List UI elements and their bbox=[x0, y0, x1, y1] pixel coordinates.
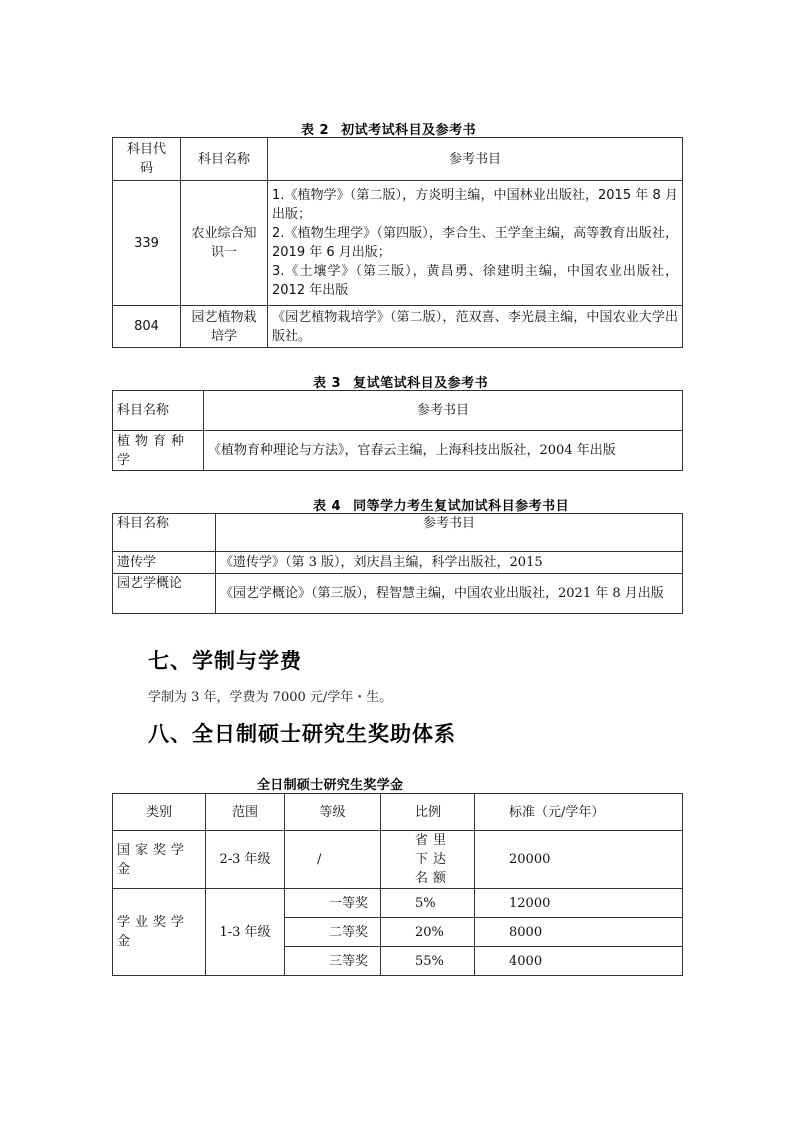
table3-caption-number: 表 3 bbox=[313, 376, 341, 391]
reference-books: 1.《植物学》（第二版），方炎明主编，中国林业出版社，2015 年 8 月出版；… bbox=[268, 181, 683, 306]
scholarship-caption: 全日制硕士研究生奖学金 bbox=[257, 774, 403, 793]
table2-caption-title: 初试考试科目及参考书 bbox=[341, 123, 476, 138]
table4-equivalent-subjects: 科目名称 参考书目 遗传学 《遗传学》（第 3 版），刘庆昌主编，科学出版社，2… bbox=[112, 513, 683, 614]
header-category: 类别 bbox=[113, 794, 206, 831]
ratio: 5% bbox=[381, 889, 475, 918]
subject-name: 遗传学 bbox=[113, 552, 216, 574]
level: 一等奖 bbox=[285, 889, 381, 918]
scholarship-header-row: 类别 范围 等级 比例 标准（元/学年） bbox=[113, 794, 683, 831]
amount: 4000 bbox=[475, 947, 683, 976]
section7-heading: 七、学制与学费 bbox=[148, 645, 302, 675]
table3-caption-title: 复试笔试科目及参考书 bbox=[353, 376, 488, 391]
table-row: 植物育种学 《植物育种理论与方法》，官春云主编，上海科技出版社，2004 年出版 bbox=[113, 431, 683, 471]
subject-name: 园艺植物栽培学 bbox=[181, 306, 268, 348]
reference-books: 《园艺植物栽培学》（第二版），范双喜、李光晨主编，中国农业大学出版社。 bbox=[268, 306, 683, 348]
tuition-text: 学制为 3 年，学费为 7000 元/学年・生。 bbox=[148, 686, 392, 705]
subject-name: 植物育种学 bbox=[113, 431, 204, 471]
header-level: 等级 bbox=[285, 794, 381, 831]
subject-code: 804 bbox=[113, 306, 181, 348]
header-reference-books: 参考书目 bbox=[204, 391, 683, 431]
reference-book-item: 3.《土壤学》（第三版），黄昌勇、徐建明主编，中国农业出版社，2012 年出版 bbox=[272, 262, 678, 300]
reference-book-item: 1.《植物学》（第二版），方炎明主编，中国林业出版社，2015 年 8 月出版； bbox=[272, 186, 678, 224]
header-amount: 标准（元/学年） bbox=[475, 794, 683, 831]
category-national: 国家奖学金 bbox=[113, 831, 206, 889]
range: 2-3 年级 bbox=[206, 831, 285, 889]
amount: 12000 bbox=[475, 889, 683, 918]
section8-heading: 八、全日制硕士研究生奖助体系 bbox=[148, 718, 456, 748]
table-row: 学业奖学金 1-3 年级 一等奖 5% 12000 bbox=[113, 889, 683, 918]
reference-book: 《植物育种理论与方法》，官春云主编，上海科技出版社，2004 年出版 bbox=[204, 431, 683, 471]
header-reference-books: 参考书目 bbox=[216, 514, 683, 552]
table3-retest-subjects: 科目名称 参考书目 植物育种学 《植物育种理论与方法》，官春云主编，上海科技出版… bbox=[112, 390, 683, 471]
level: / bbox=[285, 831, 381, 889]
table-row: 遗传学 《遗传学》（第 3 版），刘庆昌主编，科学出版社，2015 bbox=[113, 552, 683, 574]
table-row: 339 农业综合知识一 1.《植物学》（第二版），方炎明主编，中国林业出版社，2… bbox=[113, 181, 683, 306]
table3-header-row: 科目名称 参考书目 bbox=[113, 391, 683, 431]
range: 1-3 年级 bbox=[206, 889, 285, 976]
header-ratio: 比例 bbox=[381, 794, 475, 831]
table3-caption: 表 3复试笔试科目及参考书 bbox=[313, 372, 488, 391]
ratio: 省里下达名额 bbox=[381, 831, 475, 889]
table2-header-row: 科目代码 科目名称 参考书目 bbox=[113, 138, 683, 181]
table-row: 国家奖学金 2-3 年级 / 省里下达名额 20000 bbox=[113, 831, 683, 889]
category-academic: 学业奖学金 bbox=[113, 889, 206, 976]
table4-caption-number: 表 4 bbox=[313, 499, 341, 514]
table-row: 园艺学概论 《园艺学概论》（第三版），程智慧主编，中国农业出版社，2021 年 … bbox=[113, 574, 683, 614]
header-range: 范围 bbox=[206, 794, 285, 831]
ratio: 20% bbox=[381, 918, 475, 947]
table-row: 804 园艺植物栽培学 《园艺植物栽培学》（第二版），范双喜、李光晨主编，中国农… bbox=[113, 306, 683, 348]
table4-caption-title: 同等学力考生复试加试科目参考书目 bbox=[353, 499, 569, 514]
table2-caption: 表 2初试考试科目及参考书 bbox=[301, 119, 476, 138]
amount: 8000 bbox=[475, 918, 683, 947]
scholarship-table: 类别 范围 等级 比例 标准（元/学年） 国家奖学金 2-3 年级 / 省里下达… bbox=[112, 793, 683, 976]
table4-caption: 表 4同等学力考生复试加试科目参考书目 bbox=[313, 495, 569, 514]
table2-exam-subjects: 科目代码 科目名称 参考书目 339 农业综合知识一 1.《植物学》（第二版），… bbox=[112, 137, 683, 348]
amount: 20000 bbox=[475, 831, 683, 889]
reference-book: 《遗传学》（第 3 版），刘庆昌主编，科学出版社，2015 bbox=[216, 552, 683, 574]
ratio: 55% bbox=[381, 947, 475, 976]
reference-book: 《园艺学概论》（第三版），程智慧主编，中国农业出版社，2021 年 8 月出版 bbox=[216, 574, 683, 614]
level: 三等奖 bbox=[285, 947, 381, 976]
level: 二等奖 bbox=[285, 918, 381, 947]
header-subject-name: 科目名称 bbox=[181, 138, 268, 181]
subject-name: 农业综合知识一 bbox=[181, 181, 268, 306]
table4-header-row: 科目名称 参考书目 bbox=[113, 514, 683, 552]
header-subject-name: 科目名称 bbox=[113, 391, 204, 431]
header-subject-name: 科目名称 bbox=[113, 514, 216, 552]
header-subject-code: 科目代码 bbox=[113, 138, 181, 181]
subject-name: 园艺学概论 bbox=[113, 574, 216, 614]
table2-caption-number: 表 2 bbox=[301, 123, 329, 138]
subject-code: 339 bbox=[113, 181, 181, 306]
reference-book-item: 2.《植物生理学》（第四版），李合生、王学奎主编，高等教育出版社，2019 年 … bbox=[272, 224, 678, 262]
header-reference-books: 参考书目 bbox=[268, 138, 683, 181]
